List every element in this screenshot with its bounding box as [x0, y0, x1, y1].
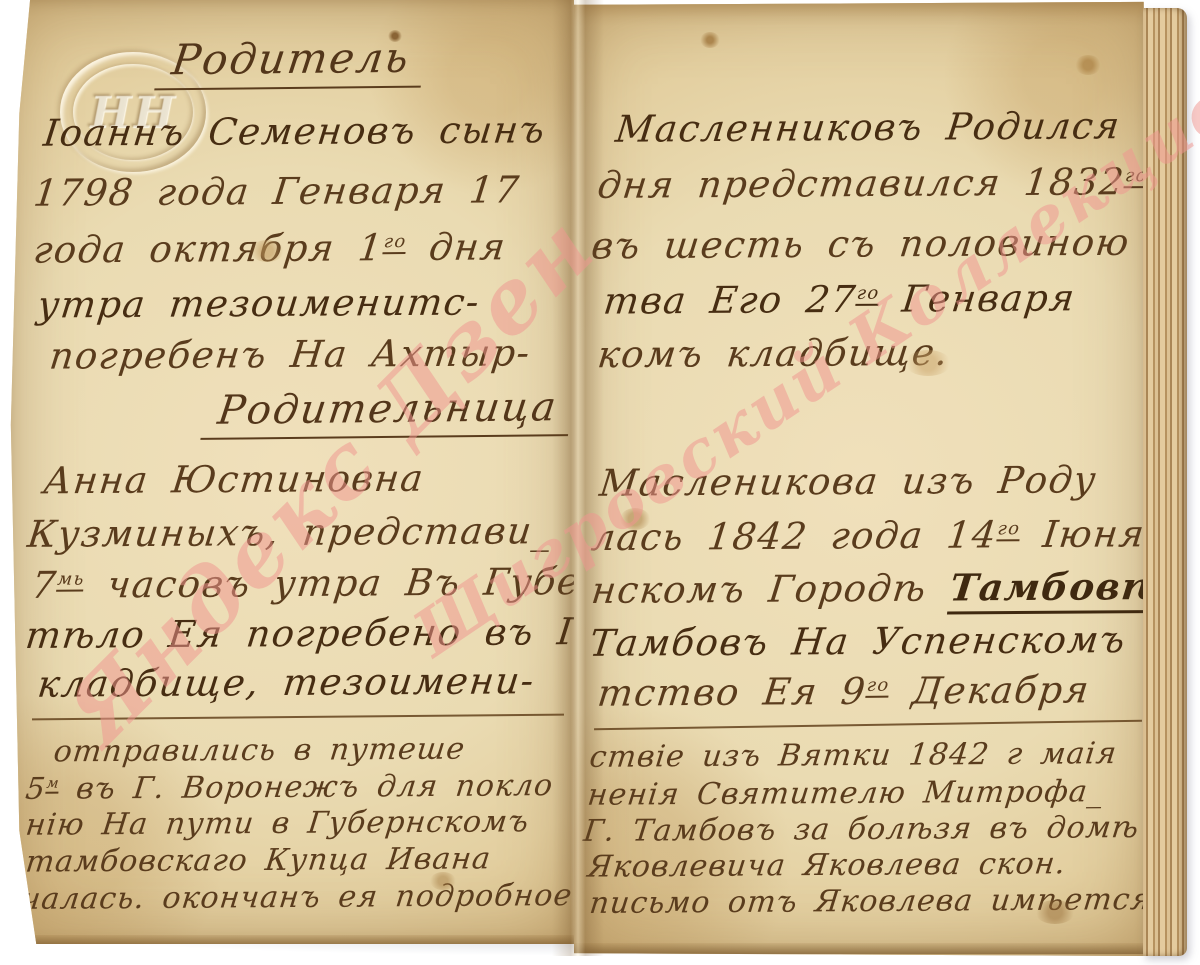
section-heading-mother: Родительница — [200, 384, 574, 440]
manuscript-line: тство Ея 9го Декабря — [595, 668, 1092, 714]
manuscript-line: комъ кладбище. — [595, 331, 951, 376]
manuscript-line: ненія Святителю Митрофа_ — [586, 774, 1106, 813]
left-page: НН Родитель Іоаннъ Семеновъ сынъ 1798 го… — [8, 0, 574, 944]
manuscript-line: письмо отъ Яковлева имѣется. — [588, 882, 1164, 921]
manuscript-line: 1798 года Генваря 17 — [31, 168, 522, 214]
manuscript-line: погребенъ На Ахтыр- — [47, 331, 533, 377]
underlined-word: Тамбовѣ — [947, 564, 1165, 614]
manuscript-line: дня представился 1832го — [595, 160, 1149, 207]
manuscript-line: нію На пути в Губернскомъ — [24, 804, 531, 843]
ruled-divider — [32, 714, 564, 721]
manuscript-line: тамбовскаго Купца Ивана — [24, 841, 493, 879]
manuscript-line: утра тезоименитс- — [35, 280, 482, 326]
manuscript-line: Анна Юстиновна — [41, 457, 426, 503]
manuscript-line: отправились в путеше — [52, 732, 467, 770]
manuscript-line: кладбище, тезоимени- — [35, 659, 537, 705]
manuscript-line: въ шесть съ половиною часовъ — [589, 220, 1200, 268]
manuscript-line: ствіе изъ Вятки 1842 г маія — [588, 736, 1119, 775]
manuscript-line: Масленикова изъ Роду — [597, 458, 1099, 504]
page-fore-edge — [1143, 8, 1187, 956]
manuscript-line: тва Его 27го Генваря — [601, 276, 1078, 322]
manuscript-line: Яковлевича Яковлева скон. — [586, 846, 1068, 884]
manuscript-line: 5м въ Г. Воронежъ для покло — [24, 768, 555, 807]
manuscript-line: года октября 1го дня — [31, 225, 508, 271]
ruled-divider — [594, 720, 1142, 731]
manuscript-line: Іоаннъ Семеновъ сынъ — [41, 108, 548, 154]
manuscript-line: лась 1842 года 14го Іюня въ — [589, 512, 1200, 559]
manuscript-line: Г. Тамбовъ за болѣзя въ домѣ — [582, 810, 1141, 849]
manuscript-line: Масленниковъ Родился — [613, 104, 1123, 151]
book-spread: НН Родитель Іоаннъ Семеновъ сынъ 1798 го… — [0, 0, 1200, 965]
manuscript-line: Тамбовъ На Успенскомъ — [587, 618, 1128, 665]
manuscript-line: тѣло Ея погребено въ Г. — [23, 610, 599, 657]
manuscript-line: 7мь часовъ утра Въ Губе — [29, 560, 583, 607]
section-heading-father: Родитель — [154, 33, 427, 91]
manuscript-line: нскомъ Городѣ Тамбовѣ — [589, 564, 1164, 612]
manuscript-line: чалась. окончанъ ея подробное — [20, 878, 575, 917]
manuscript-line: Кузминыхъ, представи_ — [25, 509, 555, 556]
right-page: Масленниковъ Родился дня представился 18… — [574, 0, 1150, 956]
